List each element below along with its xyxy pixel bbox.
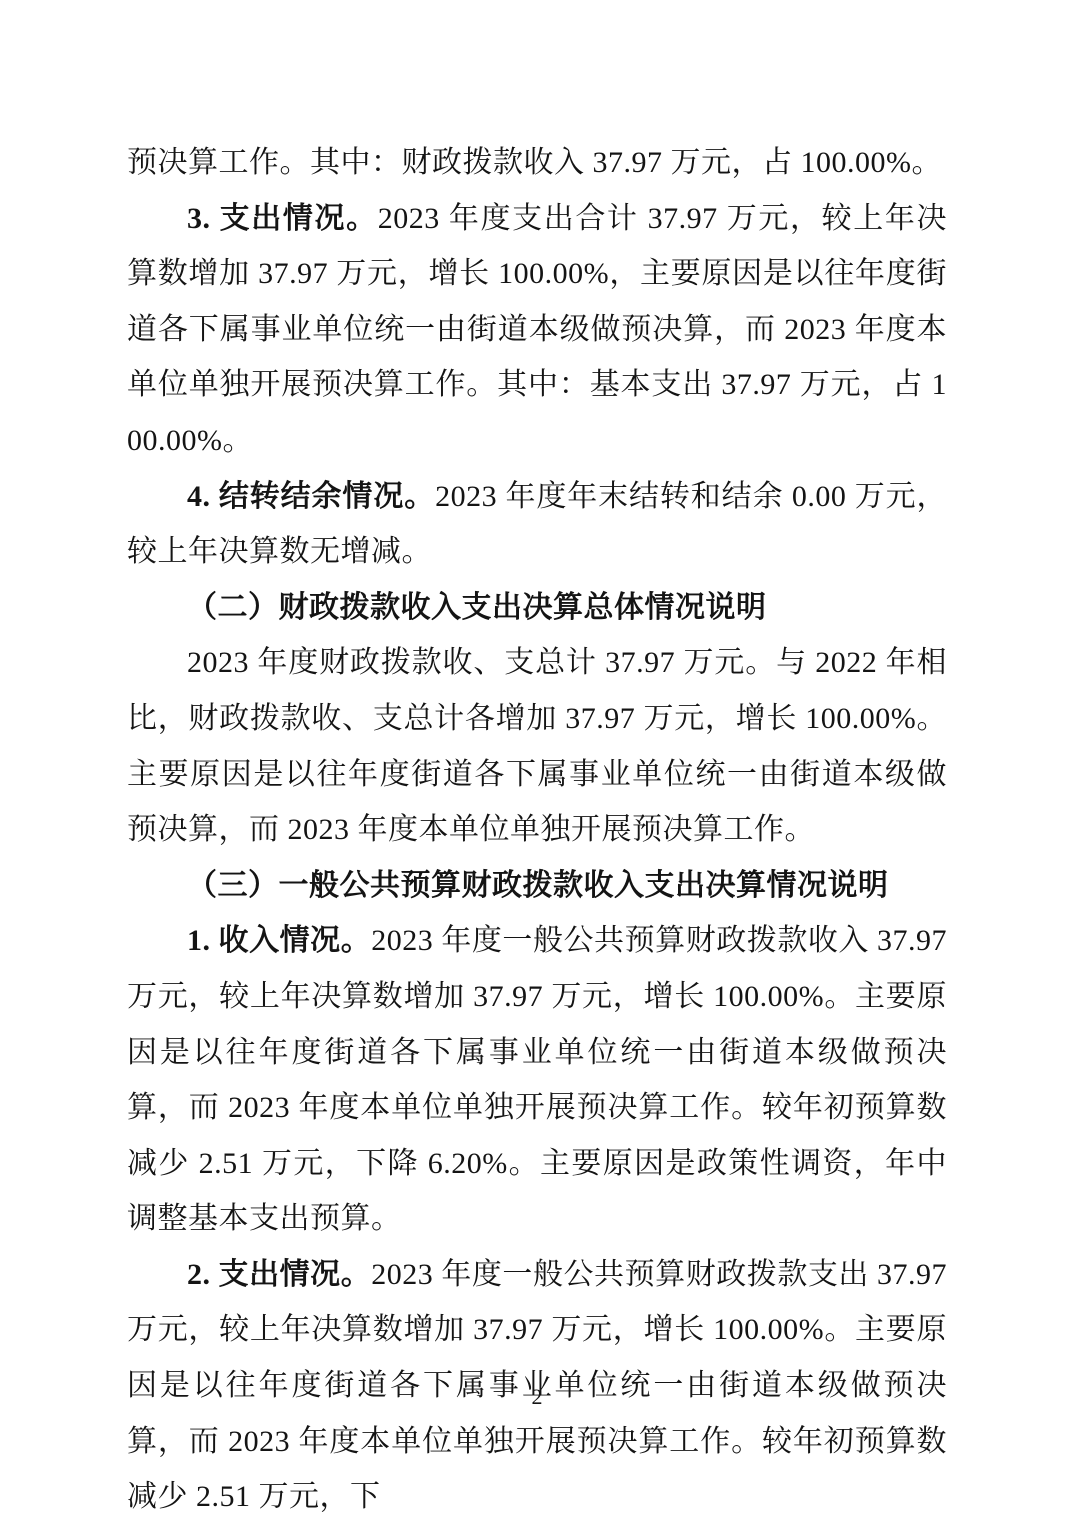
text-run: 2023 年度一般公共预算财政拨款收入 37.97 万元，较上年决算数增加 37… — [127, 924, 947, 1235]
para-item1-income: 1. 收入情况。2023 年度一般公共预算财政拨款收入 37.97 万元，较上年… — [127, 913, 947, 1247]
text-run: 4. 结转结余情况。 — [187, 480, 435, 513]
heading-section-3-general-public-budget: （三）一般公共预算财政拨款收入支出决算情况说明 — [127, 858, 947, 914]
heading-section-2-fiscal-appropriation-overview: （二）财政拨款收入支出决算总体情况说明 — [127, 580, 947, 636]
text-run: （三）一般公共预算财政拨款收入支出决算情况说明 — [187, 869, 889, 902]
text-run: 2. 支出情况。 — [187, 1258, 371, 1291]
text-run: 1. 收入情况。 — [187, 924, 371, 957]
document-body: 预决算工作。其中：财政拨款收入 37.97 万元，占 100.00%。3. 支出… — [127, 135, 947, 1520]
page-number: 2 — [0, 1383, 1074, 1411]
text-run: 2023 年度支出合计 37.97 万元，较上年决算数增加 37.97 万元，增… — [127, 202, 947, 457]
para-overflow-income-detail: 预决算工作。其中：财政拨款收入 37.97 万元，占 100.00%。 — [127, 135, 947, 191]
text-run: （二）财政拨款收入支出决算总体情况说明 — [187, 591, 767, 624]
document-page: 预决算工作。其中：财政拨款收入 37.97 万元，占 100.00%。3. 支出… — [0, 0, 1074, 1520]
para-section-2-body: 2023 年度财政拨款收、支总计 37.97 万元。与 2022 年相比，财政拨… — [127, 635, 947, 857]
text-run: 2023 年度财政拨款收、支总计 37.97 万元。与 2022 年相比，财政拨… — [127, 646, 947, 846]
text-run: 预决算工作。其中：财政拨款收入 37.97 万元，占 100.00%。 — [127, 146, 942, 179]
para-item3-expenditure: 3. 支出情况。2023 年度支出合计 37.97 万元，较上年决算数增加 37… — [127, 191, 947, 469]
para-item4-carryover-balance: 4. 结转结余情况。2023 年度年末结转和结余 0.00 万元，较上年决算数无… — [127, 469, 947, 580]
text-run: 3. 支出情况。 — [187, 202, 378, 235]
